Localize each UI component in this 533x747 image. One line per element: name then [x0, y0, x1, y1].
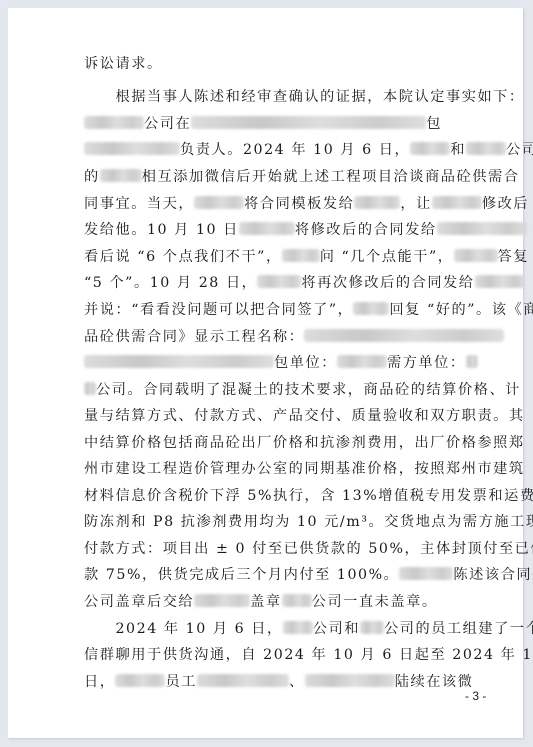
redacted-text	[84, 142, 180, 155]
text-line: 发给他。10 月 10 日将修改后的合同发给	[84, 220, 481, 240]
text-line: 信群聊用于供货沟通，自 2024 年 10 月 6 日起至 2024 年 11 …	[84, 645, 481, 665]
redacted-text	[191, 116, 426, 129]
text-segment: 公司	[506, 142, 533, 158]
text-segment: 将修改后的合同发给	[295, 222, 437, 238]
text-segment: 和	[450, 142, 466, 158]
text-segment: 公司。合同载明了混凝土的技术要求，商品砼的结算价格、计	[96, 382, 521, 398]
text-segment: 包	[426, 116, 442, 132]
text-segment: 、	[289, 674, 305, 690]
text-segment: 盖章	[250, 594, 281, 610]
text-line: 根据当事人陈述和经审查确认的证据，本院认定事实如下：	[84, 87, 481, 107]
text-line: 中结算价格包括商品砼出厂价格和抗渗剂费用，出厂价格参照郑	[84, 433, 481, 453]
text-segment: ，让	[400, 196, 431, 212]
text-line: 日，员工、陆续在该微	[84, 672, 481, 692]
redacted-text	[354, 196, 400, 209]
text-line: 看后说 “6 个点我们不干”，问 “几个点能干”，答复	[84, 247, 481, 267]
text-line: 州市建设工程造价管理办公室的同期基准价格，按照郑州市建筑	[84, 459, 481, 479]
text-segment: 公司在	[144, 116, 191, 132]
text-line: 诉讼请求。	[84, 54, 481, 74]
text-segment: 信群聊用于供货沟通，自 2024 年 10 月 6 日起至 2024 年 11 …	[84, 647, 533, 663]
text-segment: 付款方式：项目出 ± 0 付至已供货款的 50%，主体封顶付至已供货	[84, 541, 533, 557]
redacted-text	[337, 355, 387, 368]
text-segment: 的	[84, 169, 100, 185]
text-line: 量与结算方式、付款方式、产品交付、质量验收和双方职责。其	[84, 406, 481, 426]
text-segment: 中结算价格包括商品砼出厂价格和抗渗剂费用，出厂价格参照郑	[84, 435, 525, 451]
text-segment: 公司和	[313, 621, 360, 637]
text-line: 2024 年 10 月 6 日，公司和公司的员工组建了一个微	[84, 619, 481, 639]
text-segment: 相互添加微信后开始就上述工程项目洽谈商品砼供需合	[142, 169, 520, 185]
text-line: 付款方式：项目出 ± 0 付至已供货款的 50%，主体封顶付至已供货	[84, 539, 481, 559]
text-line: “5 个”。10 月 28 日，将再次修改后的合同发给	[84, 273, 481, 293]
text-segment: 公司一直未盖章。	[312, 594, 438, 610]
text-segment: 公司的员工组建了一个微	[384, 621, 533, 637]
text-segment: 需方单位：	[387, 355, 466, 371]
text-line: 并说：“看看没问题可以把合同签了”，回复 “好的”。该《商	[84, 300, 481, 320]
redacted-text	[84, 116, 144, 129]
text-line: 公司在包	[84, 114, 481, 134]
text-segment: 品砼供需合同》显示工程名称：	[84, 329, 304, 345]
text-line: 公司。合同载明了混凝土的技术要求，商品砼的结算价格、计	[84, 380, 481, 400]
text-segment: “5 个”。10 月 28 日，	[84, 275, 257, 291]
redacted-text	[437, 222, 527, 235]
text-line: 同事宜。当天，将合同模板发给，让修改后	[84, 194, 481, 214]
text-line: 的相互添加微信后开始就上述工程项目洽谈商品砼供需合	[84, 167, 481, 187]
redacted-text	[283, 621, 313, 634]
text-segment: 根据当事人陈述和经审查确认的证据，本院认定事实如下：	[84, 89, 525, 105]
text-line: 公司盖章后交给盖章公司一直未盖章。	[84, 592, 481, 612]
redacted-text	[353, 302, 389, 315]
redacted-text	[305, 674, 395, 687]
redacted-text	[410, 142, 450, 155]
redacted-text	[304, 329, 504, 342]
redacted-text	[475, 275, 525, 288]
text-line: 款 75%，供货完成后三个月内付至 100%。陈述该合同他	[84, 565, 481, 585]
redacted-text	[454, 249, 498, 262]
text-segment: 公司盖章后交给	[84, 594, 194, 610]
text-segment: 并说：“看看没问题可以把合同签了”，	[84, 302, 353, 318]
text-segment: 量与结算方式、付款方式、产品交付、质量验收和双方职责。其	[84, 408, 525, 424]
text-segment: 看后说 “6 个点我们不干”，	[84, 249, 282, 265]
text-segment: 州市建设工程造价管理办公室的同期基准价格，按照郑州市建筑	[84, 461, 525, 477]
text-segment: 回复 “好的”。该《商	[389, 302, 533, 318]
text-line: 防冻剂和 P8 抗渗剂费用均为 10 元/m³。交货地点为需方施工现场。	[84, 512, 481, 532]
redacted-text	[466, 142, 506, 155]
text-segment: 材料信息价含税价下浮 5%执行，含 13%增值税专用发票和运费。	[84, 488, 533, 504]
redacted-text	[282, 594, 312, 607]
text-line: 负责人。2024 年 10 月 6 日，和公司	[84, 140, 481, 160]
page-number: - 3 -	[465, 689, 486, 703]
redacted-text	[257, 275, 301, 288]
text-line: 品砼供需合同》显示工程名称：	[84, 327, 481, 347]
redacted-text	[432, 196, 482, 209]
redacted-text	[282, 249, 320, 262]
redacted-text	[197, 674, 289, 687]
text-segment: 陆续在该微	[395, 674, 474, 690]
text-line: 材料信息价含税价下浮 5%执行，含 13%增值税专用发票和运费。	[84, 486, 481, 506]
text-segment: 诉讼请求。	[84, 56, 163, 72]
text-segment: 员工	[165, 674, 196, 690]
text-segment: 2024 年 10 月 6 日，	[84, 621, 283, 637]
text-segment: 将再次修改后的合同发给	[301, 275, 474, 291]
redacted-text	[239, 222, 295, 235]
redacted-text	[466, 355, 478, 368]
text-segment: 包单位：	[274, 355, 337, 371]
text-segment: 负责人。2024 年 10 月 6 日，	[180, 142, 410, 158]
redacted-text	[84, 382, 96, 395]
text-line: 包单位：需方单位：	[84, 353, 481, 373]
text-segment: 款 75%，供货完成后三个月内付至 100%。	[84, 567, 399, 583]
redacted-text	[399, 567, 453, 580]
text-segment: 修改后	[482, 196, 529, 212]
text-segment: 陈述该合同他	[453, 567, 533, 583]
text-segment: 防冻剂和 P8 抗渗剂费用均为 10 元/m³。交货地点为需方施工现场。	[84, 514, 533, 530]
redacted-text	[194, 196, 244, 209]
redacted-text	[100, 169, 142, 182]
text-segment: 发给他。10 月 10 日	[84, 222, 239, 238]
text-segment: 将合同模板发给	[244, 196, 354, 212]
text-segment: 同事宜。当天，	[84, 196, 194, 212]
text-segment: 日，	[84, 674, 115, 690]
redacted-text	[115, 674, 165, 687]
redacted-text	[84, 355, 274, 368]
document-page: 诉讼请求。 根据当事人陈述和经审查确认的证据，本院认定事实如下：公司在包负责人。…	[8, 8, 523, 738]
redacted-text	[360, 621, 384, 634]
text-segment: 答复	[498, 249, 529, 265]
text-segment: 问 “几个点能干”，	[320, 249, 454, 265]
redacted-text	[194, 594, 250, 607]
